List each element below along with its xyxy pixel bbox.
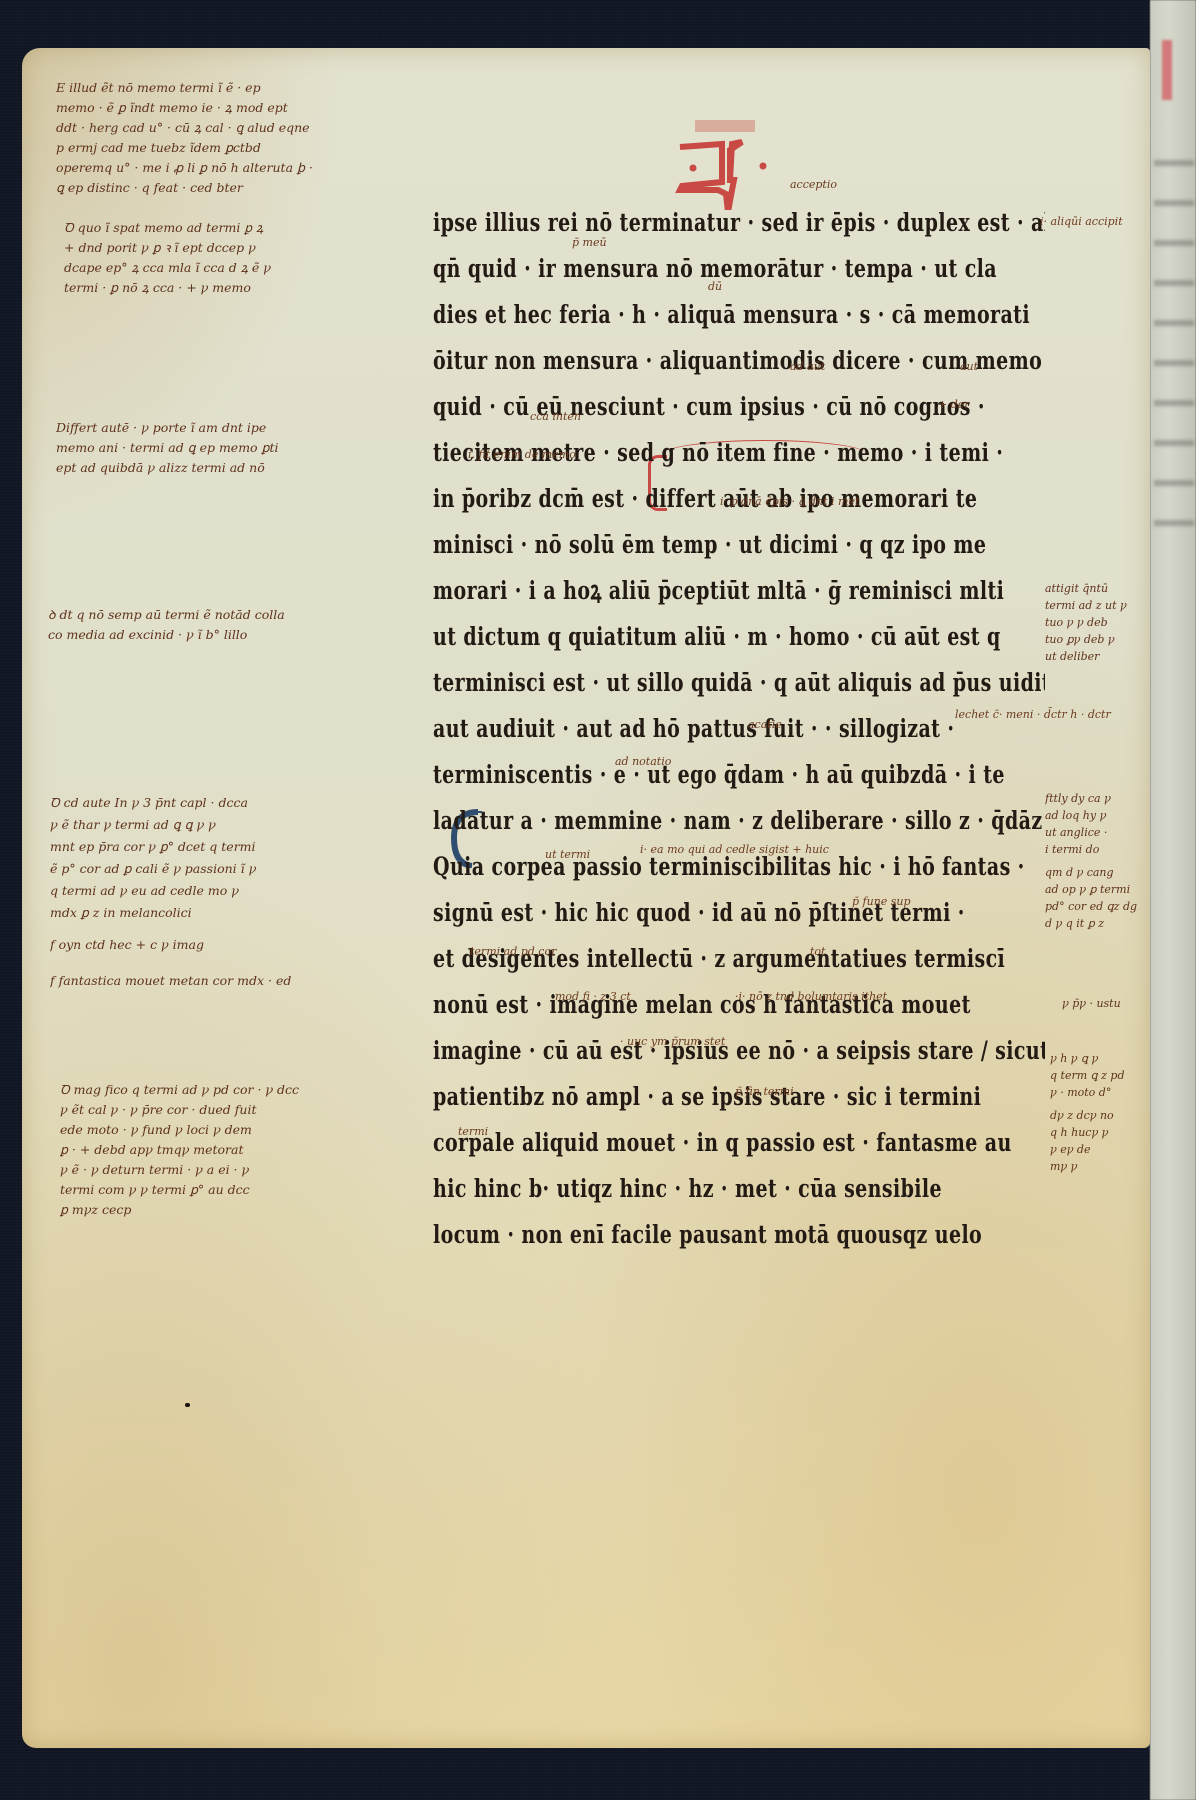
interlinear-gloss: ·i· nō z tnd bolumtaris ithet xyxy=(735,990,887,1003)
marginal-line: f oyn ctd hec + c ꝩ imag xyxy=(50,934,440,956)
interlinear-gloss: mod fi · z 3 ct xyxy=(555,990,631,1003)
interlinear-gloss: acatie xyxy=(748,718,782,731)
interlinear-gloss: + der xyxy=(938,398,970,411)
marginal-line: + dnd porit ꝩ ꝑ ꝛ ĩ ept dccep ꝩ xyxy=(64,238,434,258)
marginal-line: f fantastica mouet metan cor mdx · ed xyxy=(50,970,440,992)
marginal-line: ept ad quibdā ꝩ alizz termi ad nō xyxy=(56,458,426,478)
marginal-line: ad op ꝩ ꝑ termi xyxy=(1045,881,1150,898)
marginal-line: ꝩ h ꝩ ꝗ ꝩ xyxy=(1050,1050,1150,1067)
interlinear-gloss: cca inten xyxy=(530,410,581,423)
marginal-line: ut deliber xyxy=(1045,648,1150,665)
adjacent-text-line xyxy=(1154,200,1194,206)
adjacent-text-line xyxy=(1154,360,1194,366)
marginal-line: mnt ep p̄ra cor ꝩ ꝑ° dcet q termi xyxy=(50,836,440,858)
marginal-line: q term ꝗ z pd xyxy=(1050,1067,1150,1084)
interlinear-gloss: dū xyxy=(708,280,722,293)
interlinear-gloss: ut termi xyxy=(545,848,590,861)
marginal-line: E illud ẽt nō memo termi ĩ ẽ · ep xyxy=(56,78,456,98)
ink-spot xyxy=(185,1403,190,1407)
marginal-line: ꝩ ẽ · ꝩ deturn termi · ꝩ a ei · ꝩ xyxy=(60,1160,460,1180)
marginal-note-right-3: ꝩ p̄ꝩ · ustu xyxy=(1062,995,1150,1012)
marginal-line: ꝩ ẽ thar ꝩ termi ad ꝗ ꝗ ꝩ ꝩ xyxy=(50,814,440,836)
marginal-note-right-2: fttly dy ca ꝩ ad loq hy ꝩ ut anglice · i… xyxy=(1045,790,1150,932)
marginal-line: i termi do xyxy=(1045,841,1150,858)
marginal-line: termi · ꝑ nō ꝝ cca · + ꝩ memo xyxy=(64,278,434,298)
marginal-line: ꝗ ep distinc · q feat · ced bter xyxy=(56,178,456,198)
marginal-line: dcape ep° ꝝ cca mla ĩ cca d ꝝ ẽ ꝩ xyxy=(64,258,434,278)
interlinear-gloss: aut xyxy=(960,360,978,373)
interlinear-gloss: termi ad pd cor xyxy=(470,945,556,958)
marginal-line: dꝩ z dcꝩ no xyxy=(1050,1107,1150,1124)
marginal-line: fttly dy ca ꝩ xyxy=(1045,790,1150,807)
interlinear-gloss: p̄ fune sup xyxy=(852,895,911,908)
adjacent-leaf-edge xyxy=(1150,0,1196,1800)
text-line: locum · non enī facile pausant motā quou… xyxy=(433,1204,1045,1266)
marginal-line: Differt autē · ꝩ porte ĩ am dnt ipe xyxy=(56,418,426,438)
marginal-note-left-1: Ꝺ quo ĩ spat memo ad termi ꝑ ꝝ + dnd por… xyxy=(64,218,434,298)
adjacent-red-initial xyxy=(1162,40,1172,100)
marginal-line: Ꝺ cd aute In ꝩ 3 p̄nt capl · dcca xyxy=(50,792,440,814)
marginal-note-left-3: ꝺ dt q nō semp aū termi ẽ notād colla co… xyxy=(48,605,440,645)
marginal-note-left-5: Ꝺ mag fico q termi ad ꝩ pd cor · ꝩ dcc ꝩ… xyxy=(60,1080,460,1220)
marginal-line: termi ad z ut ꝩ xyxy=(1045,597,1150,614)
marginal-line: tuo ꝩ ꝩ deb xyxy=(1045,614,1150,631)
marginal-line: termi com ꝩ ꝩ termi ꝑ° au dcc xyxy=(60,1180,460,1200)
marginal-note-top-left: E illud ẽt nō memo termi ĩ ẽ · ep memo ·… xyxy=(56,78,456,198)
marginal-line: ede moto · ꝩ fund ꝩ loci ꝩ dem xyxy=(60,1120,460,1140)
marginal-line: pd° cor ed ꝗz dg xyxy=(1045,898,1150,915)
marginal-line: ut anglice · xyxy=(1045,824,1150,841)
marginal-line: d ꝩ q it ꝑ z xyxy=(1045,915,1150,932)
marginal-line: ꝩ · moto d° xyxy=(1050,1084,1150,1101)
marginal-line: memo ani · termi ad ꝗ ep memo ꝑti xyxy=(56,438,426,458)
marginal-line: ad loq hy ꝩ xyxy=(1045,807,1150,824)
interlinear-gloss: termi xyxy=(458,1125,488,1138)
interlinear-gloss: p̄ meū xyxy=(572,236,607,249)
marginal-line: tuo ꝑꝩ deb ꝩ xyxy=(1045,631,1150,648)
marginal-line: ẽ p° cor ad ꝑ cali ẽ ꝩ passioni ĩ ꝩ xyxy=(50,858,440,880)
adjacent-text-line xyxy=(1154,320,1194,326)
adjacent-text-line xyxy=(1154,160,1194,166)
marginal-line: attigit q̄ntū xyxy=(1045,580,1150,597)
marginal-note-right-4: ꝩ h ꝩ ꝗ ꝩ q term ꝗ z pd ꝩ · moto d° dꝩ z… xyxy=(1050,1050,1150,1175)
interlinear-gloss: i· aliqūi accipit xyxy=(1040,215,1123,228)
marginal-line: q h hucꝩ ꝩ xyxy=(1050,1124,1150,1141)
marginal-line: Ꝺ mag fico q termi ad ꝩ pd cor · ꝩ dcc xyxy=(60,1080,460,1100)
main-text-column: ipse illius rei nō terminatur · sed ir ē… xyxy=(433,200,1045,1258)
marginal-line: p ermj cad me tuebz ĩdem ꝑctbd xyxy=(56,138,456,158)
marginal-line: operemq u° · me i ꝓ li ꝑ nō h alteruta ꝧ… xyxy=(56,158,456,178)
marginal-line: ddt · herg cad u° · cū ꝝ cal · ꝗ alud eq… xyxy=(56,118,456,138)
interlinear-gloss: p̄ fin termi xyxy=(735,1085,794,1098)
marginal-note-left-2: Differt autē · ꝩ porte ĩ am dnt ipe memo… xyxy=(56,418,426,478)
marginal-line: ꝑ · + debd apꝩ tmqꝩ metorat xyxy=(60,1140,460,1160)
marginal-line: co media ad excinid · ꝩ ĩ b° lillo xyxy=(48,625,440,645)
marginal-line: mdx ꝑ z in melancolici xyxy=(50,902,440,924)
adjacent-text-line xyxy=(1154,280,1194,286)
interlinear-gloss: i· ea mo qui ad cedle sigist + huic xyxy=(640,843,829,856)
marginal-line: memo · ẽ ꝑ ĩndt memo ie · ꝝ mod ept xyxy=(56,98,456,118)
adjacent-text-line xyxy=(1154,480,1194,486)
interlinear-gloss: acceptio xyxy=(790,178,837,191)
marginal-note-left-4: Ꝺ cd aute In ꝩ 3 p̄nt capl · dcca ꝩ ẽ th… xyxy=(50,792,440,992)
marginal-line: mꝩ ꝩ xyxy=(1050,1158,1150,1175)
marginal-line: ꝑ mꝩz cecp xyxy=(60,1200,460,1220)
marginal-line: ꝩ ẽt cal ꝩ · ꝩ p̄re cor · dued fuit xyxy=(60,1100,460,1120)
adjacent-text-line xyxy=(1154,440,1194,446)
marginal-note-right-1: attigit q̄ntū termi ad z ut ꝩ tuo ꝩ ꝩ de… xyxy=(1045,580,1150,665)
marginal-line: ꝩ eꝩ de xyxy=(1050,1141,1150,1158)
interlinear-gloss: tot xyxy=(810,945,825,958)
adjacent-text-line xyxy=(1154,400,1194,406)
interlinear-gloss: i. fit enim de memo xyxy=(468,448,576,461)
interlinear-gloss: lechet c̄· meni · d̄ctr h · dctr xyxy=(955,708,1111,721)
interlinear-gloss: i· p dnā ēpis · q̄ dnt i met xyxy=(720,495,859,508)
interlinear-gloss: ad aūt xyxy=(790,360,825,373)
adjacent-text-line xyxy=(1154,240,1194,246)
interlinear-gloss: ad notatio xyxy=(615,755,671,768)
marginal-line: ꝺ dt q nō semp aū termi ẽ notād colla xyxy=(48,605,440,625)
interlinear-gloss: · uuc ym p̄rum stet xyxy=(620,1035,725,1048)
marginal-line: q termi ad ꝩ eu ad cedle mo ꝩ xyxy=(50,880,440,902)
marginal-line: ꝩ p̄ꝩ · ustu xyxy=(1062,995,1150,1012)
adjacent-text-line xyxy=(1154,520,1194,526)
marginal-line: Ꝺ quo ĩ spat memo ad termi ꝑ ꝝ xyxy=(64,218,434,238)
marginal-line: qm d ꝩ cang xyxy=(1045,864,1150,881)
